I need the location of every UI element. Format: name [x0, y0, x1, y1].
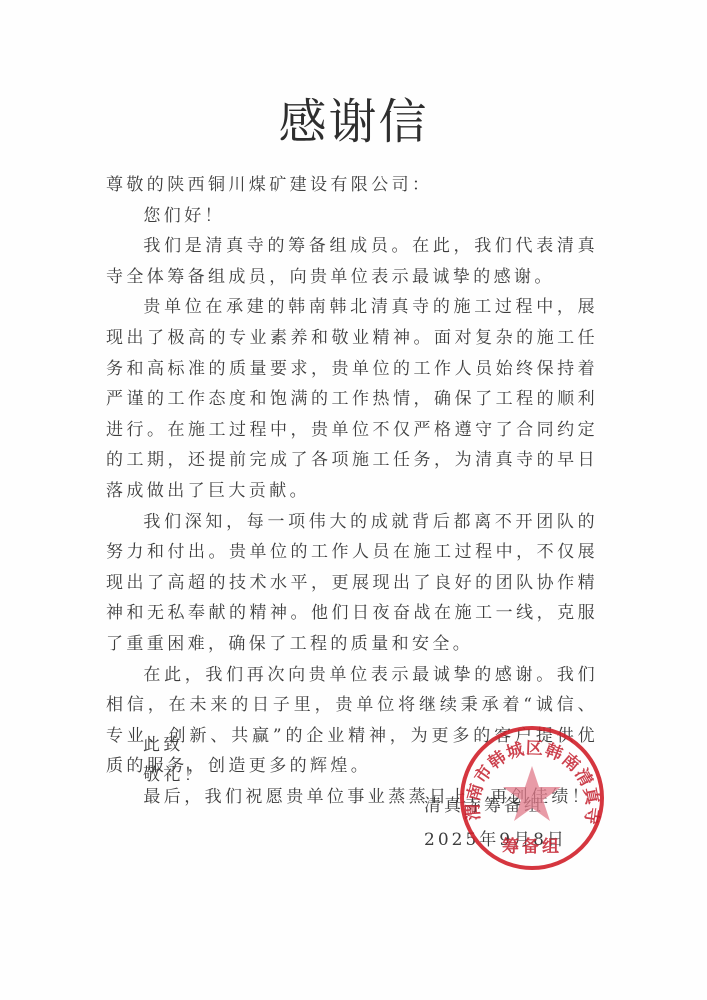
stamp-bottom-text: 筹备组 — [502, 836, 562, 857]
closing-jing-li: 敬礼！ — [143, 760, 204, 790]
star-icon — [503, 766, 561, 821]
paragraph-intro: 我们是清真寺的筹备组成员。在此，我们代表清真寺全体筹备组成员，向贵单位表示最诚挚… — [106, 231, 598, 292]
salutation: 尊敬的陕西铜川煤矿建设有限公司： — [106, 170, 598, 201]
paragraph-performance: 贵单位在承建的韩南韩北清真寺的施工过程中，展现出了极高的专业素养和敬业精神。面对… — [106, 292, 598, 506]
greeting: 您们好！ — [106, 201, 598, 232]
letter-title: 感谢信 — [0, 92, 707, 152]
letter-page: 感谢信 尊敬的陕西铜川煤矿建设有限公司： 您们好！ 我们是清真寺的筹备组成员。在… — [0, 0, 707, 1000]
official-seal-stamp: 渭南市韩城区韩南清真寺 筹备组 — [458, 724, 606, 872]
paragraph-teamwork: 我们深知，每一项伟大的成就背后都离不开团队的努力和付出。贵单位的工作人员在施工过… — [106, 507, 598, 660]
closing-ci-zhi: 此致 — [143, 730, 184, 760]
letter-body: 尊敬的陕西铜川煤矿建设有限公司： 您们好！ 我们是清真寺的筹备组成员。在此，我们… — [106, 170, 598, 812]
